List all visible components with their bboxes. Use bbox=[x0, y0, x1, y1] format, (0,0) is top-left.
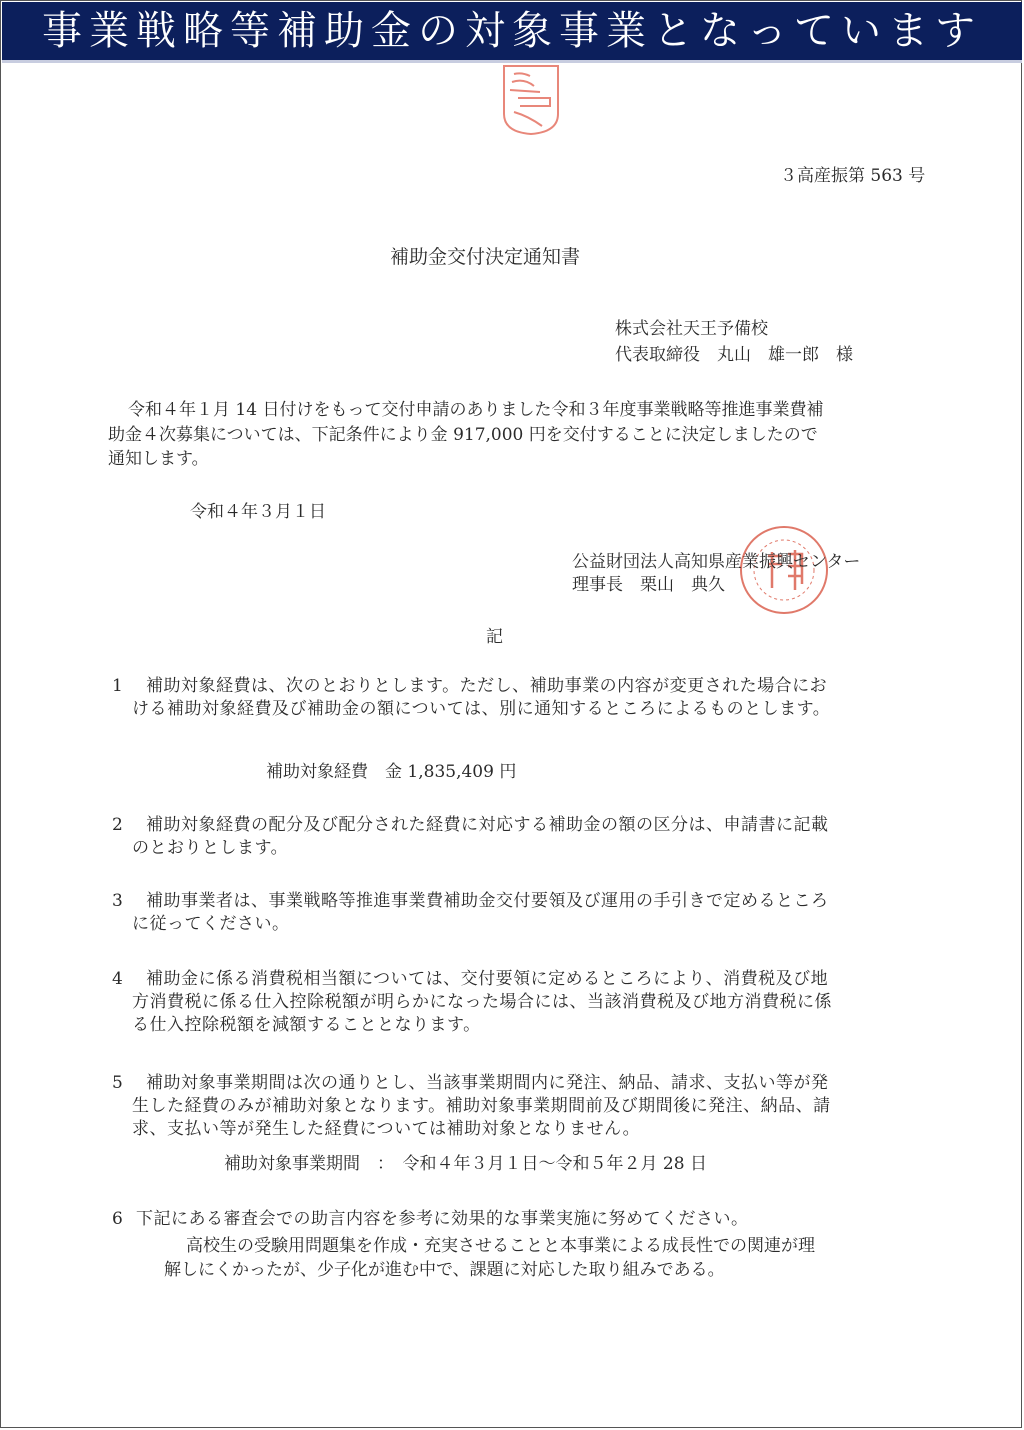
item-2: 2補助対象経費の配分及び配分された経費に対応する補助金の額の区分は、申請書に記載… bbox=[112, 814, 829, 860]
item-text: ける補助対象経費及び補助金の額については、別に通知するところによるものとします。 bbox=[112, 698, 830, 721]
item-1: 1補助対象経費は、次のとおりとします。ただし、補助事業の内容が変更された場合にお… bbox=[112, 675, 830, 721]
item-text: 方消費税に係る仕入控除税額が明らかになった場合には、当該消費税及び地方消費税に係 bbox=[112, 991, 832, 1014]
ki-heading: 記 bbox=[486, 625, 503, 649]
item-3: 3補助事業者は、事業戦略等推進事業費補助金交付要領及び運用の手引きで定めるところ… bbox=[112, 890, 829, 936]
reference-number: ３高産振第 563 号 bbox=[780, 164, 925, 188]
item-text: に従ってください。 bbox=[112, 913, 829, 936]
recipient-company: 株式会社天王予備校 bbox=[615, 317, 768, 341]
item-text: 補助金に係る消費税相当額については、交付要領に定めるところにより、消費税及び地 bbox=[146, 969, 828, 989]
item-text: 生した経費のみが補助対象となります。補助対象事業期間前及び期間後に発注、納品、請 bbox=[112, 1095, 831, 1118]
item-text: 補助事業者は、事業戦略等推進事業費補助金交付要領及び運用の手引きで定めるところ bbox=[146, 891, 829, 911]
issue-date: 令和４年３月１日 bbox=[190, 500, 326, 524]
item-number: 1 bbox=[112, 675, 146, 698]
item-text: 補助対象経費は、次のとおりとします。ただし、補助事業の内容が変更された場合にお bbox=[146, 676, 827, 696]
item-text: 下記にある審査会での助言内容を参考に効果的な事業実施に努めてください。 bbox=[136, 1209, 749, 1229]
review-advice-line-2: 解しにくかったが、少子化が進む中で、課題に対応した取り組みである。 bbox=[164, 1258, 725, 1282]
seal-stamp-icon bbox=[500, 64, 562, 136]
intro-line-1: 令和４年１月 14 日付けをもって交付申請のありました令和３年度事業戦略等推進事… bbox=[128, 398, 823, 422]
intro-line-2: 助金４次募集については、下記条件により金 917,000 円を交付することに決定… bbox=[108, 423, 818, 447]
item-text: 補助対象経費の配分及び配分された経費に対応する補助金の額の区分は、申請書に記載 bbox=[146, 815, 829, 835]
issuer-organization: 公益財団法人高知県産業振興センター bbox=[572, 550, 860, 574]
item-number: 6 bbox=[112, 1208, 136, 1231]
document: ３高産振第 563 号 補助金交付決定通知書 株式会社天王予備校 代表取締役 丸… bbox=[0, 62, 1024, 1428]
item-text: 補助対象事業期間は次の通りとし、当該事業期間内に発注、納品、請求、支払い等が発 bbox=[146, 1073, 829, 1093]
item-4: 4補助金に係る消費税相当額については、交付要領に定めるところにより、消費税及び地… bbox=[112, 968, 832, 1037]
item-number: 3 bbox=[112, 890, 146, 913]
item-number: 4 bbox=[112, 968, 146, 991]
item-5: 5補助対象事業期間は次の通りとし、当該事業期間内に発注、納品、請求、支払い等が発… bbox=[112, 1072, 831, 1141]
recipient-representative: 代表取締役 丸山 雄一郎 様 bbox=[615, 343, 853, 367]
banner-title: 事業戦略等補助金の対象事業となっています bbox=[2, 2, 1022, 63]
item-text: る仕入控除税額を減額することとなります。 bbox=[112, 1014, 832, 1037]
item-text: のとおりとします。 bbox=[112, 837, 829, 860]
item-6: 6下記にある審査会での助言内容を参考に効果的な事業実施に努めてください。 bbox=[112, 1208, 749, 1231]
item-number: 2 bbox=[112, 814, 146, 837]
item-number: 5 bbox=[112, 1072, 146, 1095]
intro-line-3: 通知します。 bbox=[108, 447, 209, 471]
project-period: 補助対象事業期間 ： 令和４年３月１日～令和５年２月 28 日 bbox=[224, 1152, 707, 1176]
review-advice-line-1: 高校生の受験用問題集を作成・充実させることと本事業による成長性での関連が理 bbox=[186, 1234, 815, 1258]
document-title: 補助金交付決定通知書 bbox=[390, 245, 580, 269]
eligible-expenses: 補助対象経費 金 1,835,409 円 bbox=[266, 760, 516, 784]
item-text: 求、支払い等が発生した経費については補助対象となりません。 bbox=[112, 1118, 831, 1141]
issuer-title-name: 理事長 栗山 典久 bbox=[572, 573, 725, 597]
